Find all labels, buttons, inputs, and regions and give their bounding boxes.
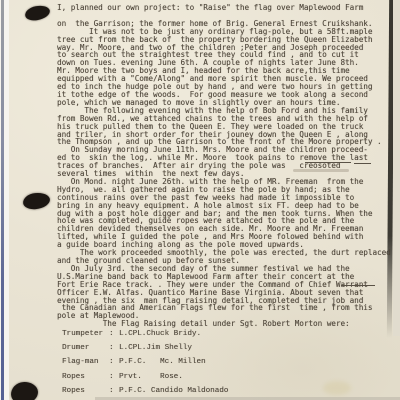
roster-name: L.CPL.Jim Shelly [119, 344, 192, 352]
roster-separator: : [109, 387, 119, 395]
roster-row: Ropes:P.F.C. Candido Maldonado [62, 387, 228, 400]
paper-stain [323, 381, 351, 395]
roster-separator: : [109, 330, 119, 338]
roster-name: Prvt. Rose. [119, 373, 183, 381]
roster-name: P.F.C. Mc. Millen [119, 358, 206, 366]
underline-mark-remove [305, 162, 351, 163]
document-body: I, planned our own project: to "Raise" t… [57, 4, 391, 328]
flag-detail-roster: Trumpeter:L.CPL.Chuck Bridy.Drumer:L.CPL… [62, 330, 228, 400]
page-spine-edge-line [1, 0, 4, 400]
scan-right-margin [393, 0, 400, 336]
roster-role: Ropes [62, 373, 109, 381]
roster-role: Ropes [62, 387, 109, 395]
roster-role: Trumpeter [62, 330, 109, 338]
typewriter-smudge [293, 169, 349, 172]
roster-row: Drumer:L.CPL.Jim Shelly [62, 344, 228, 358]
roster-separator: : [109, 373, 119, 381]
roster-row: Flag-man:P.F.C. Mc. Millen [62, 358, 228, 372]
roster-role: Flag-man [62, 358, 109, 366]
roster-name: P.F.C. Candido Maldonado [119, 387, 228, 395]
roster-separator: : [109, 358, 119, 366]
roster-row: Ropes:Prvt. Rose. [62, 373, 228, 387]
roster-separator: : [109, 344, 119, 352]
underline-mark-warrant [341, 285, 375, 286]
roster-role: Drumer [62, 344, 109, 352]
underline-mark-last [354, 163, 371, 164]
scan-viewport: I, planned our own project: to "Raise" t… [0, 0, 400, 400]
roster-row: Trumpeter:L.CPL.Chuck Bridy. [62, 330, 228, 344]
roster-name: L.CPL.Chuck Bridy. [119, 330, 201, 338]
